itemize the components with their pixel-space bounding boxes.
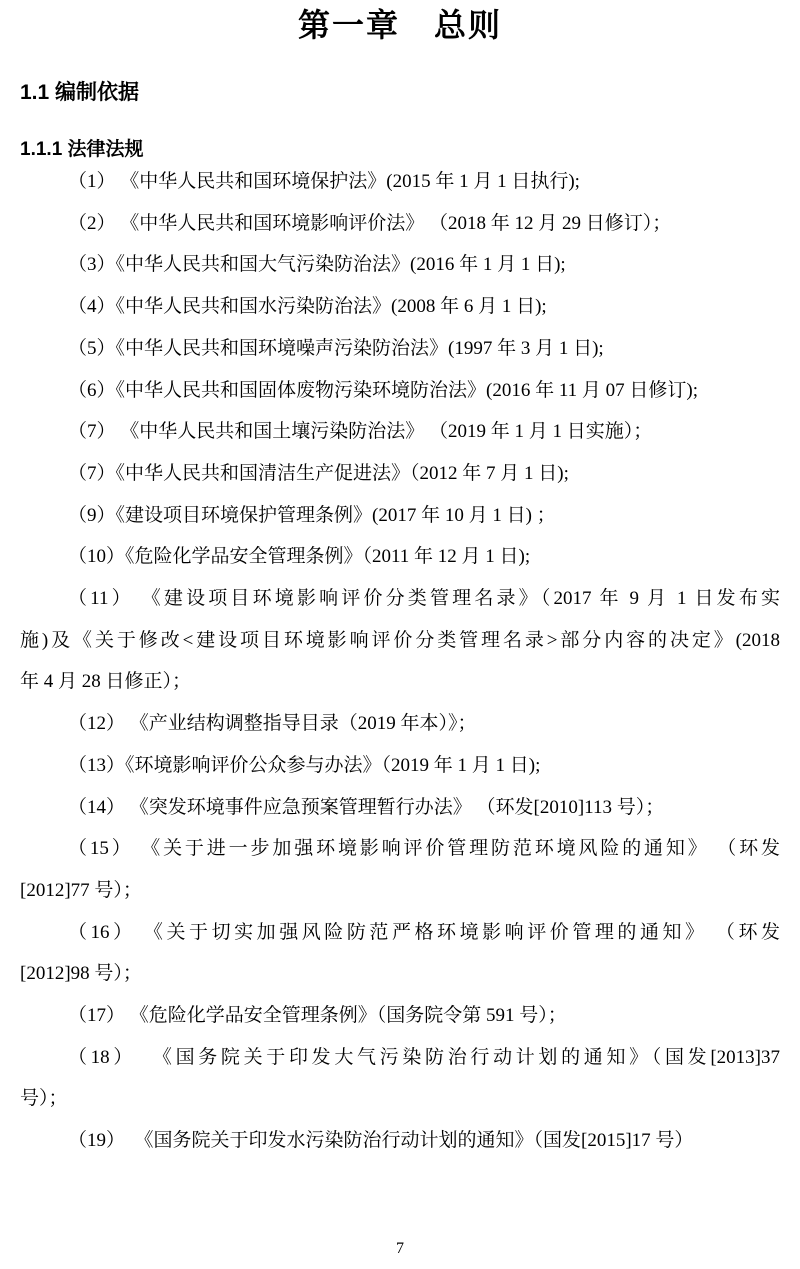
legal-item-line: 号）； [20, 1078, 780, 1120]
legal-item-line: （2） 《中华人民共和国环境影响评价法》 （2018 年 12 月 29 日修订… [20, 203, 780, 245]
legal-item-line: （18） 《国务院关于印发大气污染防治行动计划的通知》（国发[2013]37 [20, 1037, 780, 1079]
legal-item-line: 施)及《关于修改<建设项目环境影响评价分类管理名录>部分内容的决定》(2018 [20, 620, 780, 662]
legal-item-line: （14） 《突发环境事件应急预案管理暂行办法》 （环发[2010]113 号）； [20, 787, 780, 829]
legal-item-line: （7） 《中华人民共和国土壤污染防治法》 （2019 年 1 月 1 日实施）； [20, 411, 780, 453]
legal-item-line: （17） 《危险化学品安全管理条例》（国务院令第 591 号）； [20, 995, 780, 1037]
legal-item-line: （7）《中华人民共和国清洁生产促进法》（2012 年 7 月 1 日); [20, 453, 780, 495]
subsection-heading: 1.1.1 法律法规 [20, 138, 780, 161]
legal-item-line: （9）《建设项目环境保护管理条例》(2017 年 10 月 1 日) ； [20, 495, 780, 537]
legal-item-line: （10）《危险化学品安全管理条例》（2011 年 12 月 1 日); [20, 536, 780, 578]
section-heading: 1.1 编制依据 [20, 80, 780, 105]
legal-item-line: （4）《中华人民共和国水污染防治法》(2008 年 6 月 1 日); [20, 286, 780, 328]
legal-item-line: （15） 《关于进一步加强环境影响评价管理防范环境风险的通知》 （环发 [20, 828, 780, 870]
legal-item-line: （11） 《建设项目环境影响评价分类管理名录》（2017 年 9 月 1 日发布… [20, 578, 780, 620]
chapter-title: 第一章 总则 [20, 0, 780, 45]
legal-item-line: （16） 《关于切实加强风险防范严格环境影响评价管理的通知》 （环发 [20, 912, 780, 954]
legal-item-line: （19） 《国务院关于印发水污染防治行动计划的通知》（国发[2015]17 号） [20, 1120, 780, 1162]
legal-item-line: [2012]98 号）； [20, 953, 780, 995]
legal-item-line: 年 4 月 28 日修正）； [20, 661, 780, 703]
legal-item-line: [2012]77 号）； [20, 870, 780, 912]
legal-item-line: （3）《中华人民共和国大气污染防治法》(2016 年 1 月 1 日); [20, 244, 780, 286]
legal-item-line: （12） 《产业结构调整指导目录（2019 年本）》； [20, 703, 780, 745]
legal-item-line: （5）《中华人民共和国环境噪声污染防治法》(1997 年 3 月 1 日); [20, 328, 780, 370]
legal-item-line: （13）《环境影响评价公众参与办法》（2019 年 1 月 1 日); [20, 745, 780, 787]
document-page: 第一章 总则 1.1 编制依据 1.1.1 法律法规 （1） 《中华人民共和国环… [0, 0, 800, 1269]
legal-item-line: （6）《中华人民共和国固体废物污染环境防治法》(2016 年 11 月 07 日… [20, 370, 780, 412]
legal-item-line: （1） 《中华人民共和国环境保护法》(2015 年 1 月 1 日执行); [20, 161, 780, 203]
page-number: 7 [0, 1239, 800, 1259]
lines-container: （1） 《中华人民共和国环境保护法》(2015 年 1 月 1 日执行);（2）… [20, 161, 780, 1162]
